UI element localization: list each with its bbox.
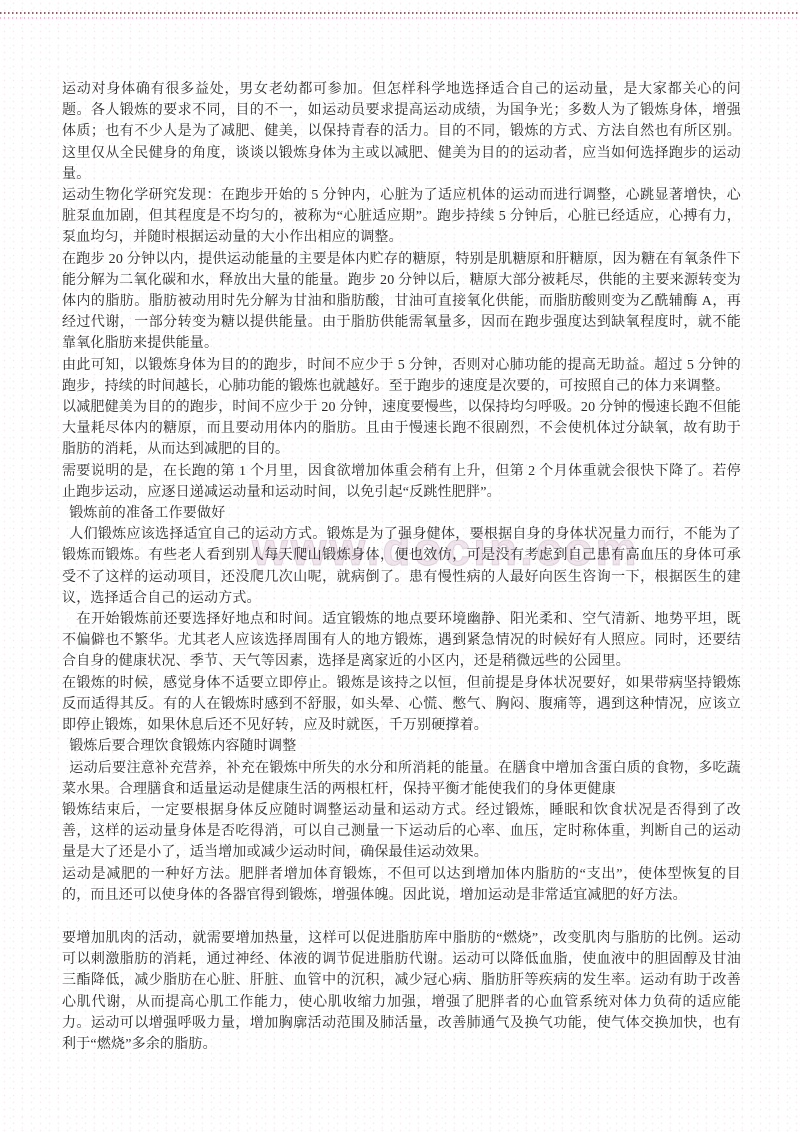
- paragraph-20min-energy: 在跑步 20 分钟以内，提供运动能量的主要是体内贮存的糖原，特别是肌糖原和肝糖原…: [62, 249, 741, 355]
- paragraph-stop-when-unwell: 在锻炼的时候，感觉身体不适要立即停止。锻炼是该持之以恒，但前提是身体状况要好，如…: [62, 673, 741, 737]
- paragraph-nutrition: 运动后要注意补充营养，补充在锻炼中所失的水分和所消耗的能量。在膳食中增加含蛋白质…: [62, 758, 741, 800]
- paragraph-weight-note: 需要说明的是，在长跑的第 1 个月里，因食欲增加体重会稍有上升，但第 2 个月体…: [62, 461, 741, 503]
- top-dotted-rule: [0, 12, 800, 14]
- paragraph-exercise-weight-loss: 运动是减肥的一种好方法。肥胖者增加体育锻炼，不但可以达到增加体内脂肪的“支出”，…: [62, 864, 741, 906]
- section-heading-diet-adjustment: 锻炼后要合理饮食锻炼内容随时调整: [62, 736, 741, 757]
- paragraph-intro: 运动对身体确有很多益处，男女老幼都可参加。但怎样科学地选择适合自己的运动量，是大…: [62, 79, 741, 185]
- paragraph-adjust-after-exercise: 锻炼结束后，一定要根据身体反应随时调整运动量和运动方式。经过锻炼，睡眠和饮食状况…: [62, 800, 741, 864]
- document-page: { "page": { "background": "#ffffff", "te…: [0, 0, 800, 1132]
- top-dotted-rule-secondary: [0, 17, 800, 19]
- paragraph-biochemistry: 运动生物化学研究发现：在跑步开始的 5 分钟内，心脏为了适应机体的运动而进行调整…: [62, 185, 741, 249]
- paragraph-location-time: 在开始锻炼前还要选择好地点和时间。适宜锻炼的地点要环境幽静、阳光柔和、空气清新、…: [62, 609, 741, 673]
- paragraph-choose-exercise-mode: 人们锻炼应该选择适宜自己的运动方式。锻炼是为了强身健体，要根据自身的身体状况量力…: [62, 524, 741, 609]
- paragraph-muscle-fat-burning: 要增加肌肉的活动，就需要增加热量，这样可以促进脂肪库中脂肪的“燃烧”，改变肌肉与…: [62, 928, 741, 1055]
- paragraph-5min-conclusion: 由此可知，以锻炼身体为目的的跑步，时间不应少于 5 分钟，否则对心肺功能的提高无…: [62, 355, 741, 397]
- paragraph-slimming-run: 以减肥健美为目的的跑步，时间不应少于 20 分钟，速度要慢些，以保持均匀呼吸。2…: [62, 397, 741, 461]
- section-heading-preparation: 锻炼前的准备工作要做好: [62, 503, 741, 524]
- document-body: 运动对身体确有很多益处，男女老幼都可参加。但怎样科学地选择适合自己的运动量，是大…: [62, 79, 741, 1055]
